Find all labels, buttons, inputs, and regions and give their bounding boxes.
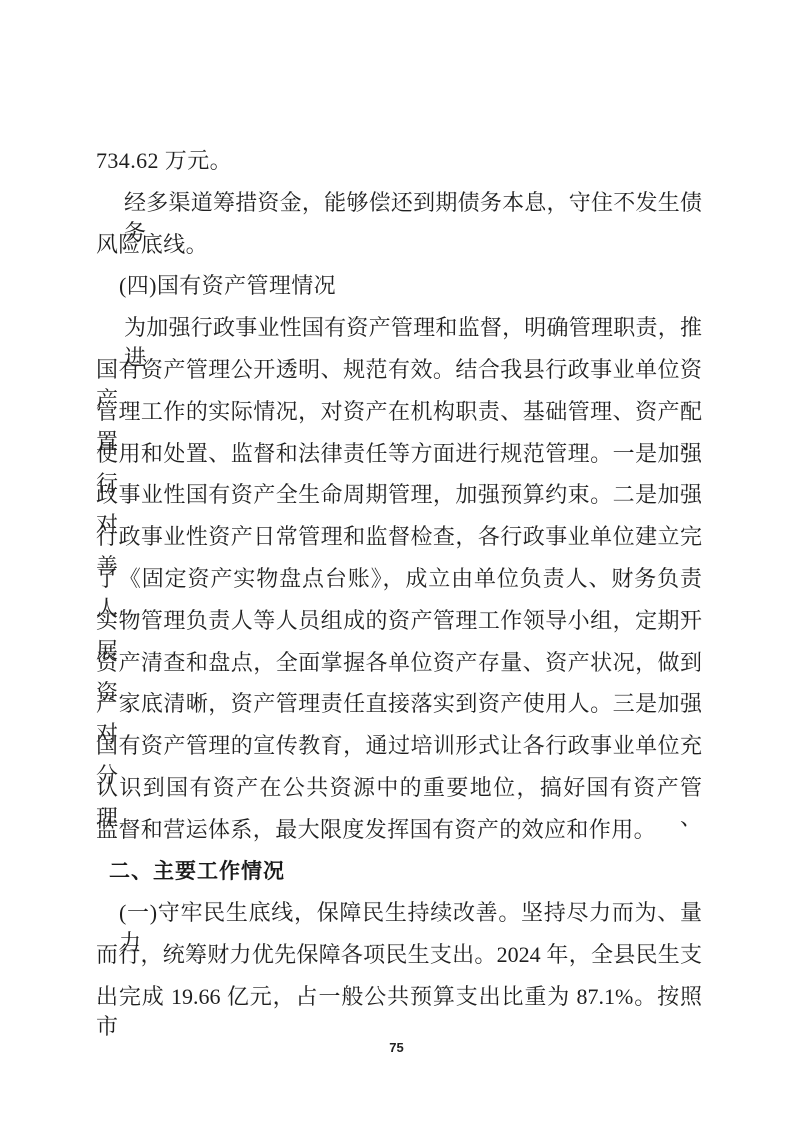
text-line: 734.62 万元。 <box>96 146 702 178</box>
text-line: 经多渠道筹措资金，能够偿还到期债务本息，守住不发生债务 <box>96 188 702 220</box>
text-line: 管理工作的实际情况，对资产在机构职责、基础管理、资产配置、 <box>96 397 702 429</box>
document-page: 734.62 万元。经多渠道筹措资金，能够偿还到期债务本息，守住不发生债务风险底… <box>0 0 793 1122</box>
text-line: 了《固定资产实物盘点台账》，成立由单位负责人、财务负责人、 <box>96 564 702 596</box>
text-line: 为加强行政事业性国有资产管理和监督，明确管理职责，推进 <box>96 313 702 345</box>
page-number: 75 <box>0 1040 793 1055</box>
text-line: (四)国有资产管理情况 <box>96 271 702 303</box>
text-line: 产家底清晰，资产管理责任直接落实到资产使用人。三是加强对 <box>96 689 702 721</box>
text-line: 政事业性国有资产全生命周期管理，加强预算约束。二是加强对 <box>96 480 702 512</box>
text-line: 而行，统筹财力优先保障各项民生支出。2024 年，全县民生支 <box>96 940 702 972</box>
text-line: 资产清查和盘点，全面掌握各单位资产存量、资产状况，做到资 <box>96 648 702 680</box>
text-line: 监督和营运体系，最大限度发挥国有资产的效应和作用。 <box>96 815 702 847</box>
text-line: 出完成 19.66 亿元，占一般公共预算支出比重为 87.1%。按照市 <box>96 982 702 1014</box>
text-line: 认识到国有资产在公共资源中的重要地位，搞好国有资产管理、 <box>96 773 702 805</box>
text-line: 国有资产管理公开透明、规范有效。结合我县行政事业单位资产 <box>96 355 702 387</box>
text-line: 风险底线。 <box>96 230 702 262</box>
text-line: 行政事业性资产日常管理和监督检查，各行政事业单位建立完善 <box>96 522 702 554</box>
text-line: 使用和处置、监督和法律责任等方面进行规范管理。一是加强行 <box>96 439 702 471</box>
text-line: (一)守牢民生底线，保障民生持续改善。坚持尽力而为、量力 <box>96 898 702 930</box>
text-line: 国有资产管理的宣传教育，通过培训形式让各行政事业单位充分 <box>96 731 702 763</box>
text-line: 实物管理负责人等人员组成的资产管理工作领导小组，定期开展 <box>96 606 702 638</box>
section-heading: 二、主要工作情况 <box>96 857 702 889</box>
